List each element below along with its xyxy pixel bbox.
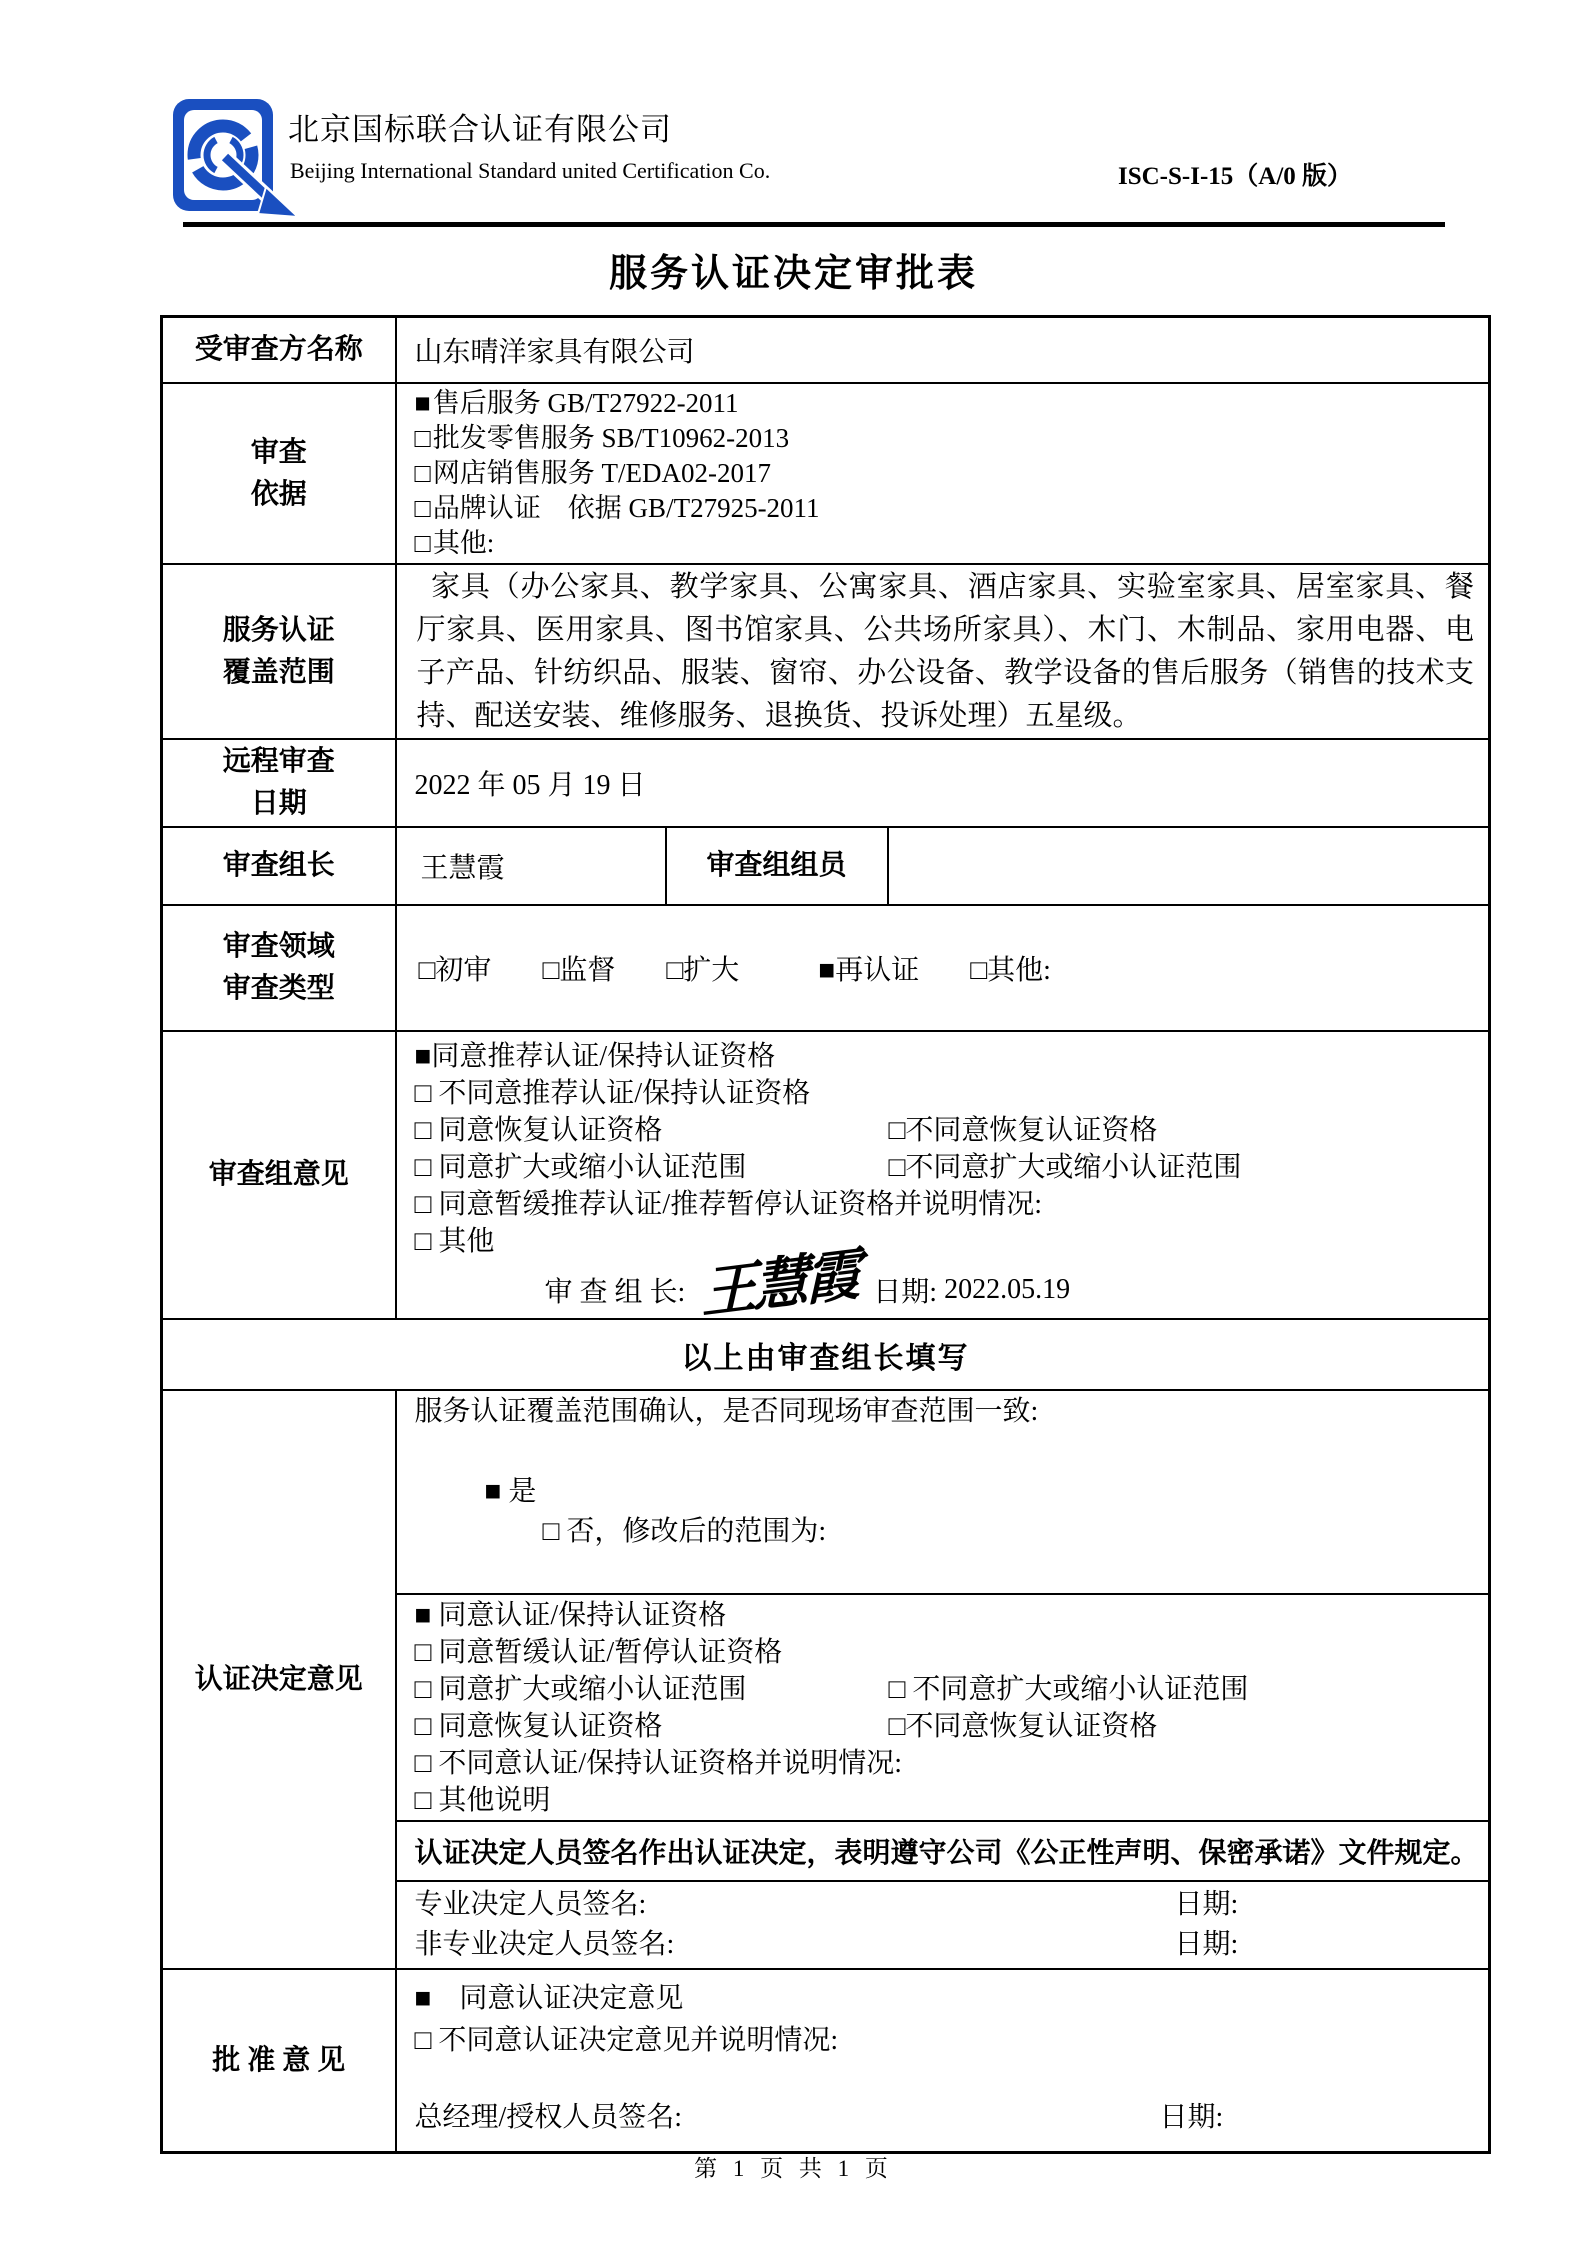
audit-type-options: □初审 □监督 □扩大 ■再认证 □其他: — [396, 905, 1490, 1031]
audit-type-option-label: 再认证 — [835, 955, 919, 986]
team-member-value — [888, 827, 1490, 905]
date-label: 日期: — [1175, 1889, 1239, 1920]
checkbox-mark: □ — [889, 1115, 906, 1146]
checkbox-mark: □ — [889, 1152, 906, 1183]
scope-confirm-question: 服务认证覆盖范围确认，是否同现场审查范围一致: — [415, 1392, 1488, 1432]
opinion-option-label: 同意暂缓推荐认证/推荐暂停认证资格并说明情况: — [431, 1189, 1042, 1220]
team-leader-label: 审查组长 — [162, 827, 396, 905]
blank-space — [415, 2062, 1489, 2098]
decision-option-label: 同意暂缓认证/暂停认证资格 — [431, 1637, 782, 1668]
middle-note: 以上由审查组长填写 — [162, 1319, 1490, 1390]
decision-option: ■ 同意认证/保持认证资格 — [415, 1597, 1488, 1634]
audit-type-option-label: 初审 — [435, 955, 491, 986]
checkbox-mark: □ — [415, 1748, 432, 1779]
opinion-option-label: 不同意推荐认证/保持认证资格 — [431, 1078, 810, 1109]
scope-confirm-yes-label: 是 — [501, 1476, 536, 1507]
basis-option: □批发零售服务 SB/T10962-2013 — [415, 421, 1488, 456]
team-opinion-content: ■同意推荐认证/保持认证资格 □ 不同意推荐认证/保持认证资格 □ 同意恢复认证… — [396, 1031, 1490, 1319]
date-value: 2022.05.19 — [944, 1274, 1070, 1306]
opinion-col1: □ 同意恢复认证资格 — [415, 1112, 889, 1149]
checkbox-mark: □ — [415, 1152, 432, 1183]
row-audit-team: 审查组长 王慧霞 审查组组员 — [162, 827, 1490, 905]
team-leader-sign-line: 审 查 组 长: 王慧霞 日期: 2022.05.19 — [415, 1262, 1489, 1318]
date-label: 日期: — [1175, 1929, 1239, 1960]
decision-option-label: 同意恢复认证资格 — [431, 1711, 662, 1742]
company-name-cn: 北京国标联合认证有限公司 — [288, 104, 672, 149]
checkbox-mark: □ — [970, 955, 987, 986]
audit-type-option-label: 监督 — [559, 955, 615, 986]
team-member-label: 审查组组员 — [666, 827, 888, 905]
row-approval: 批 准 意 见 ■ 同意认证决定意见 □ 不同意认证决定意见并说明情况: 总经理… — [162, 1969, 1490, 2153]
decision-col1: ■ 同意认证/保持认证资格 — [415, 1600, 727, 1631]
decision-option-label: 不同意认证/保持认证资格并说明情况: — [431, 1748, 902, 1779]
approval-option: ■ 同意认证决定意见 — [415, 1978, 1489, 2020]
decision-option: □ 同意恢复认证资格□不同意恢复认证资格 — [415, 1708, 1488, 1745]
cert-scope-label: 服务认证 覆盖范围 — [162, 564, 396, 739]
cert-scope-value: 家具（办公家具、教学家具、公寓家具、酒店家具、实验室家具、居室家具、餐厅家具、医… — [396, 564, 1490, 739]
checkbox-mark: □ — [415, 458, 431, 488]
form-title: 服务认证决定审批表 — [0, 242, 1587, 297]
scope-confirm-no: □ 否，修改后的范围为: — [543, 1516, 827, 1547]
opinion-col2: □不同意恢复认证资格 — [889, 1115, 1158, 1146]
handwritten-signature: 王慧霞 — [702, 1255, 858, 1314]
approval-option: □ 不同意认证决定意见并说明情况: — [415, 2020, 1489, 2062]
opinion-option-label: 同意推荐认证/保持认证资格 — [431, 1041, 775, 1072]
date-label: 日期: — [873, 1270, 937, 1310]
decision-options: ■ 同意认证/保持认证资格 □ 同意暂缓认证/暂停认证资格 □ 同意扩大或缩小认… — [396, 1594, 1490, 1821]
company-logo-icon — [170, 96, 304, 224]
opinion-col1: □ 同意扩大或缩小认证范围 — [415, 1149, 889, 1186]
checkbox-mark: □ — [415, 493, 431, 523]
decision-statement: 认证决定人员签名作出认证决定，表明遵守公司《公正性声明、保密承诺》文件规定。 — [396, 1821, 1490, 1881]
page-number: 第 1 页 共 1 页 — [0, 2150, 1587, 2183]
basis-option: ■售后服务 GB/T27922-2011 — [415, 386, 1488, 421]
audit-type-option: ■再认证 — [818, 955, 919, 986]
scope-confirm-no-label: 否，修改后的范围为: — [559, 1516, 826, 1547]
decision-option: □ 同意扩大或缩小认证范围□ 不同意扩大或缩小认证范围 — [415, 1671, 1488, 1708]
team-leader-value: 王慧霞 — [396, 827, 666, 905]
checkbox-mark: □ — [666, 955, 683, 986]
opinion-option: □ 不同意推荐认证/保持认证资格 — [415, 1075, 1489, 1112]
checkbox-mark: □ — [889, 1711, 906, 1742]
checkbox-mark: ■ — [415, 1041, 432, 1072]
opinion-col1: □ 其他 — [415, 1226, 495, 1257]
decision-option: □ 其他说明 — [415, 1782, 1488, 1819]
basis-option-label: 批发零售服务 SB/T10962-2013 — [433, 423, 789, 453]
basis-option: □品牌认证 依据 GB/T27925-2011 — [415, 491, 1488, 526]
decision-col1: □ 同意扩大或缩小认证范围 — [415, 1671, 889, 1708]
checkbox-mark: ■ — [415, 1600, 432, 1631]
audit-basis-label: 审查 依据 — [162, 383, 396, 564]
checkbox-mark: □ — [542, 955, 559, 986]
checkbox-mark: ■ — [415, 1983, 432, 2014]
decision-signatures: 专业决定人员签名:日期: 非专业决定人员签名:日期: — [396, 1881, 1490, 1969]
opinion-option-label: 其他 — [431, 1226, 494, 1257]
header-rule — [183, 222, 1445, 227]
row-decision-scope-confirm: 认证决定意见 服务认证覆盖范围确认，是否同现场审查范围一致: ■ 是 □ 否，修… — [162, 1390, 1490, 1594]
opinion-option-label: 同意扩大或缩小认证范围 — [431, 1152, 746, 1183]
basis-option-label: 网店销售服务 T/EDA02-2017 — [433, 458, 771, 488]
decision-sign-row: 非专业决定人员签名:日期: — [415, 1925, 1488, 1965]
opinion-col1: □ 同意暂缓推荐认证/推荐暂停认证资格并说明情况: — [415, 1189, 1042, 1220]
basis-option: □网店销售服务 T/EDA02-2017 — [415, 456, 1488, 491]
audit-type-option: □初审 — [419, 955, 492, 986]
professional-sign-label: 专业决定人员签名: — [415, 1885, 1175, 1925]
decision-option-label: 同意认证/保持认证资格 — [431, 1600, 726, 1631]
opinion-option: ■同意推荐认证/保持认证资格 — [415, 1038, 1489, 1075]
checkbox-mark: □ — [415, 528, 431, 558]
doc-code: ISC-S-I-15（A/0 版） — [1118, 156, 1352, 192]
checkbox-mark: ■ — [818, 955, 835, 986]
decision-option-label: 不同意恢复认证资格 — [905, 1711, 1157, 1742]
document-page: 北京国标联合认证有限公司 Beijing International Stand… — [0, 0, 1587, 2245]
approval-sign-row: 总经理/授权人员签名:日期: — [415, 2098, 1489, 2138]
row-middle-note: 以上由审查组长填写 — [162, 1319, 1490, 1390]
company-name-en: Beijing International Standard united Ce… — [290, 158, 770, 184]
approval-content: ■ 同意认证决定意见 □ 不同意认证决定意见并说明情况: 总经理/授权人员签名:… — [396, 1969, 1490, 2153]
row-auditee: 受审查方名称 山东晴洋家具有限公司 — [162, 317, 1490, 384]
opinion-option: □ 同意暂缓推荐认证/推荐暂停认证资格并说明情况: — [415, 1186, 1489, 1223]
checkbox-mark: □ — [415, 2025, 432, 2056]
checkbox-mark: □ — [415, 1674, 432, 1705]
opinion-col1: ■同意推荐认证/保持认证资格 — [415, 1041, 776, 1072]
decision-col1: □ 不同意认证/保持认证资格并说明情况: — [415, 1748, 902, 1779]
decision-col1: □ 其他说明 — [415, 1785, 551, 1816]
sign-label: 审 查 组 长: — [545, 1270, 686, 1310]
row-team-opinion: 审查组意见 ■同意推荐认证/保持认证资格 □ 不同意推荐认证/保持认证资格 □ … — [162, 1031, 1490, 1319]
checkbox-mark: □ — [889, 1674, 906, 1705]
scope-confirm-options: ■ 是 □ 否，修改后的范围为: — [415, 1432, 1488, 1592]
audit-type-option-label: 扩大 — [683, 955, 739, 986]
approval-option-label: 不同意认证决定意见并说明情况: — [431, 2025, 838, 2056]
decision-option: □ 同意暂缓认证/暂停认证资格 — [415, 1634, 1488, 1671]
basis-option-label: 其他: — [433, 528, 495, 558]
auditee-value: 山东晴洋家具有限公司 — [396, 317, 1490, 384]
audit-basis-options: ■售后服务 GB/T27922-2011 □批发零售服务 SB/T10962-2… — [396, 383, 1490, 564]
nonprofessional-sign-label: 非专业决定人员签名: — [415, 1925, 1175, 1965]
checkbox-mark: □ — [415, 423, 431, 453]
opinion-option-label: 不同意恢复认证资格 — [905, 1115, 1157, 1146]
date-label: 日期: — [1160, 2102, 1224, 2133]
checkbox-mark: □ — [415, 1115, 432, 1146]
row-cert-scope: 服务认证 覆盖范围 家具（办公家具、教学家具、公寓家具、酒店家具、实验室家具、居… — [162, 564, 1490, 739]
approval-label: 批 准 意 见 — [162, 1969, 396, 2153]
opinion-option-label: 同意恢复认证资格 — [431, 1115, 662, 1146]
checkbox-mark: □ — [415, 1637, 432, 1668]
decision-option-label: 不同意扩大或缩小认证范围 — [905, 1674, 1248, 1705]
basis-option-label: 品牌认证 依据 GB/T27925-2011 — [433, 493, 820, 523]
opinion-option: □ 同意扩大或缩小认证范围□不同意扩大或缩小认证范围 — [415, 1149, 1489, 1186]
row-audit-basis: 审查 依据 ■售后服务 GB/T27922-2011 □批发零售服务 SB/T1… — [162, 383, 1490, 564]
approval-option-label: 同意认证决定意见 — [431, 1983, 683, 2014]
decision-scope-confirm: 服务认证覆盖范围确认，是否同现场审查范围一致: ■ 是 □ 否，修改后的范围为: — [396, 1390, 1490, 1594]
decision-option-label: 其他说明 — [431, 1785, 550, 1816]
decision-col2: □ 不同意扩大或缩小认证范围 — [889, 1674, 1249, 1705]
row-remote-audit-date: 远程审查 日期 2022 年 05 月 19 日 — [162, 739, 1490, 827]
basis-option-label: 售后服务 GB/T27922-2011 — [433, 388, 739, 418]
checkbox-mark: □ — [415, 1711, 432, 1742]
decision-option-label: 同意扩大或缩小认证范围 — [431, 1674, 746, 1705]
row-audit-type: 审查领域 审查类型 □初审 □监督 □扩大 ■再认证 □其他: — [162, 905, 1490, 1031]
decision-col1: □ 同意恢复认证资格 — [415, 1708, 889, 1745]
checkbox-mark: ■ — [485, 1476, 502, 1507]
checkbox-mark: □ — [415, 1078, 432, 1109]
decision-label: 认证决定意见 — [162, 1390, 396, 1969]
team-opinion-label: 审查组意见 — [162, 1031, 396, 1319]
audit-type-option-label: 其他: — [987, 955, 1051, 986]
audit-type-option: □监督 — [542, 955, 615, 986]
remote-audit-date-value: 2022 年 05 月 19 日 — [396, 739, 1490, 827]
audit-type-label: 审查领域 审查类型 — [162, 905, 396, 1031]
opinion-col1: □ 不同意推荐认证/保持认证资格 — [415, 1078, 811, 1109]
decision-sign-row: 专业决定人员签名:日期: — [415, 1885, 1488, 1925]
checkbox-mark: □ — [415, 1226, 432, 1257]
cert-scope-text: 家具（办公家具、教学家具、公寓家具、酒店家具、实验室家具、居室家具、餐厅家具、医… — [417, 566, 1475, 738]
decision-col2: □不同意恢复认证资格 — [889, 1711, 1158, 1742]
opinion-option: □ 同意恢复认证资格□不同意恢复认证资格 — [415, 1112, 1489, 1149]
audit-type-option: □其他: — [970, 955, 1051, 986]
basis-option: □其他: — [415, 526, 1488, 561]
opinion-col2: □不同意扩大或缩小认证范围 — [889, 1152, 1242, 1183]
opinion-option: □ 其他 — [415, 1223, 1489, 1260]
checkbox-mark: □ — [415, 1785, 432, 1816]
checkbox-mark: ■ — [415, 388, 431, 418]
checkbox-mark: □ — [543, 1516, 560, 1547]
checkbox-mark: □ — [415, 1189, 432, 1220]
decision-col1: □ 同意暂缓认证/暂停认证资格 — [415, 1637, 783, 1668]
auditee-label: 受审查方名称 — [162, 317, 396, 384]
approval-form-table: 受审查方名称 山东晴洋家具有限公司 审查 依据 ■售后服务 GB/T27922-… — [160, 315, 1491, 2154]
scope-confirm-yes: ■ 是 — [485, 1476, 537, 1507]
remote-audit-date-label: 远程审查 日期 — [162, 739, 396, 827]
gm-sign-label: 总经理/授权人员签名: — [415, 2098, 1160, 2138]
audit-type-option: □扩大 — [666, 955, 739, 986]
checkbox-mark: □ — [419, 955, 436, 986]
opinion-option-label: 不同意扩大或缩小认证范围 — [905, 1152, 1241, 1183]
decision-option: □ 不同意认证/保持认证资格并说明情况: — [415, 1745, 1488, 1782]
